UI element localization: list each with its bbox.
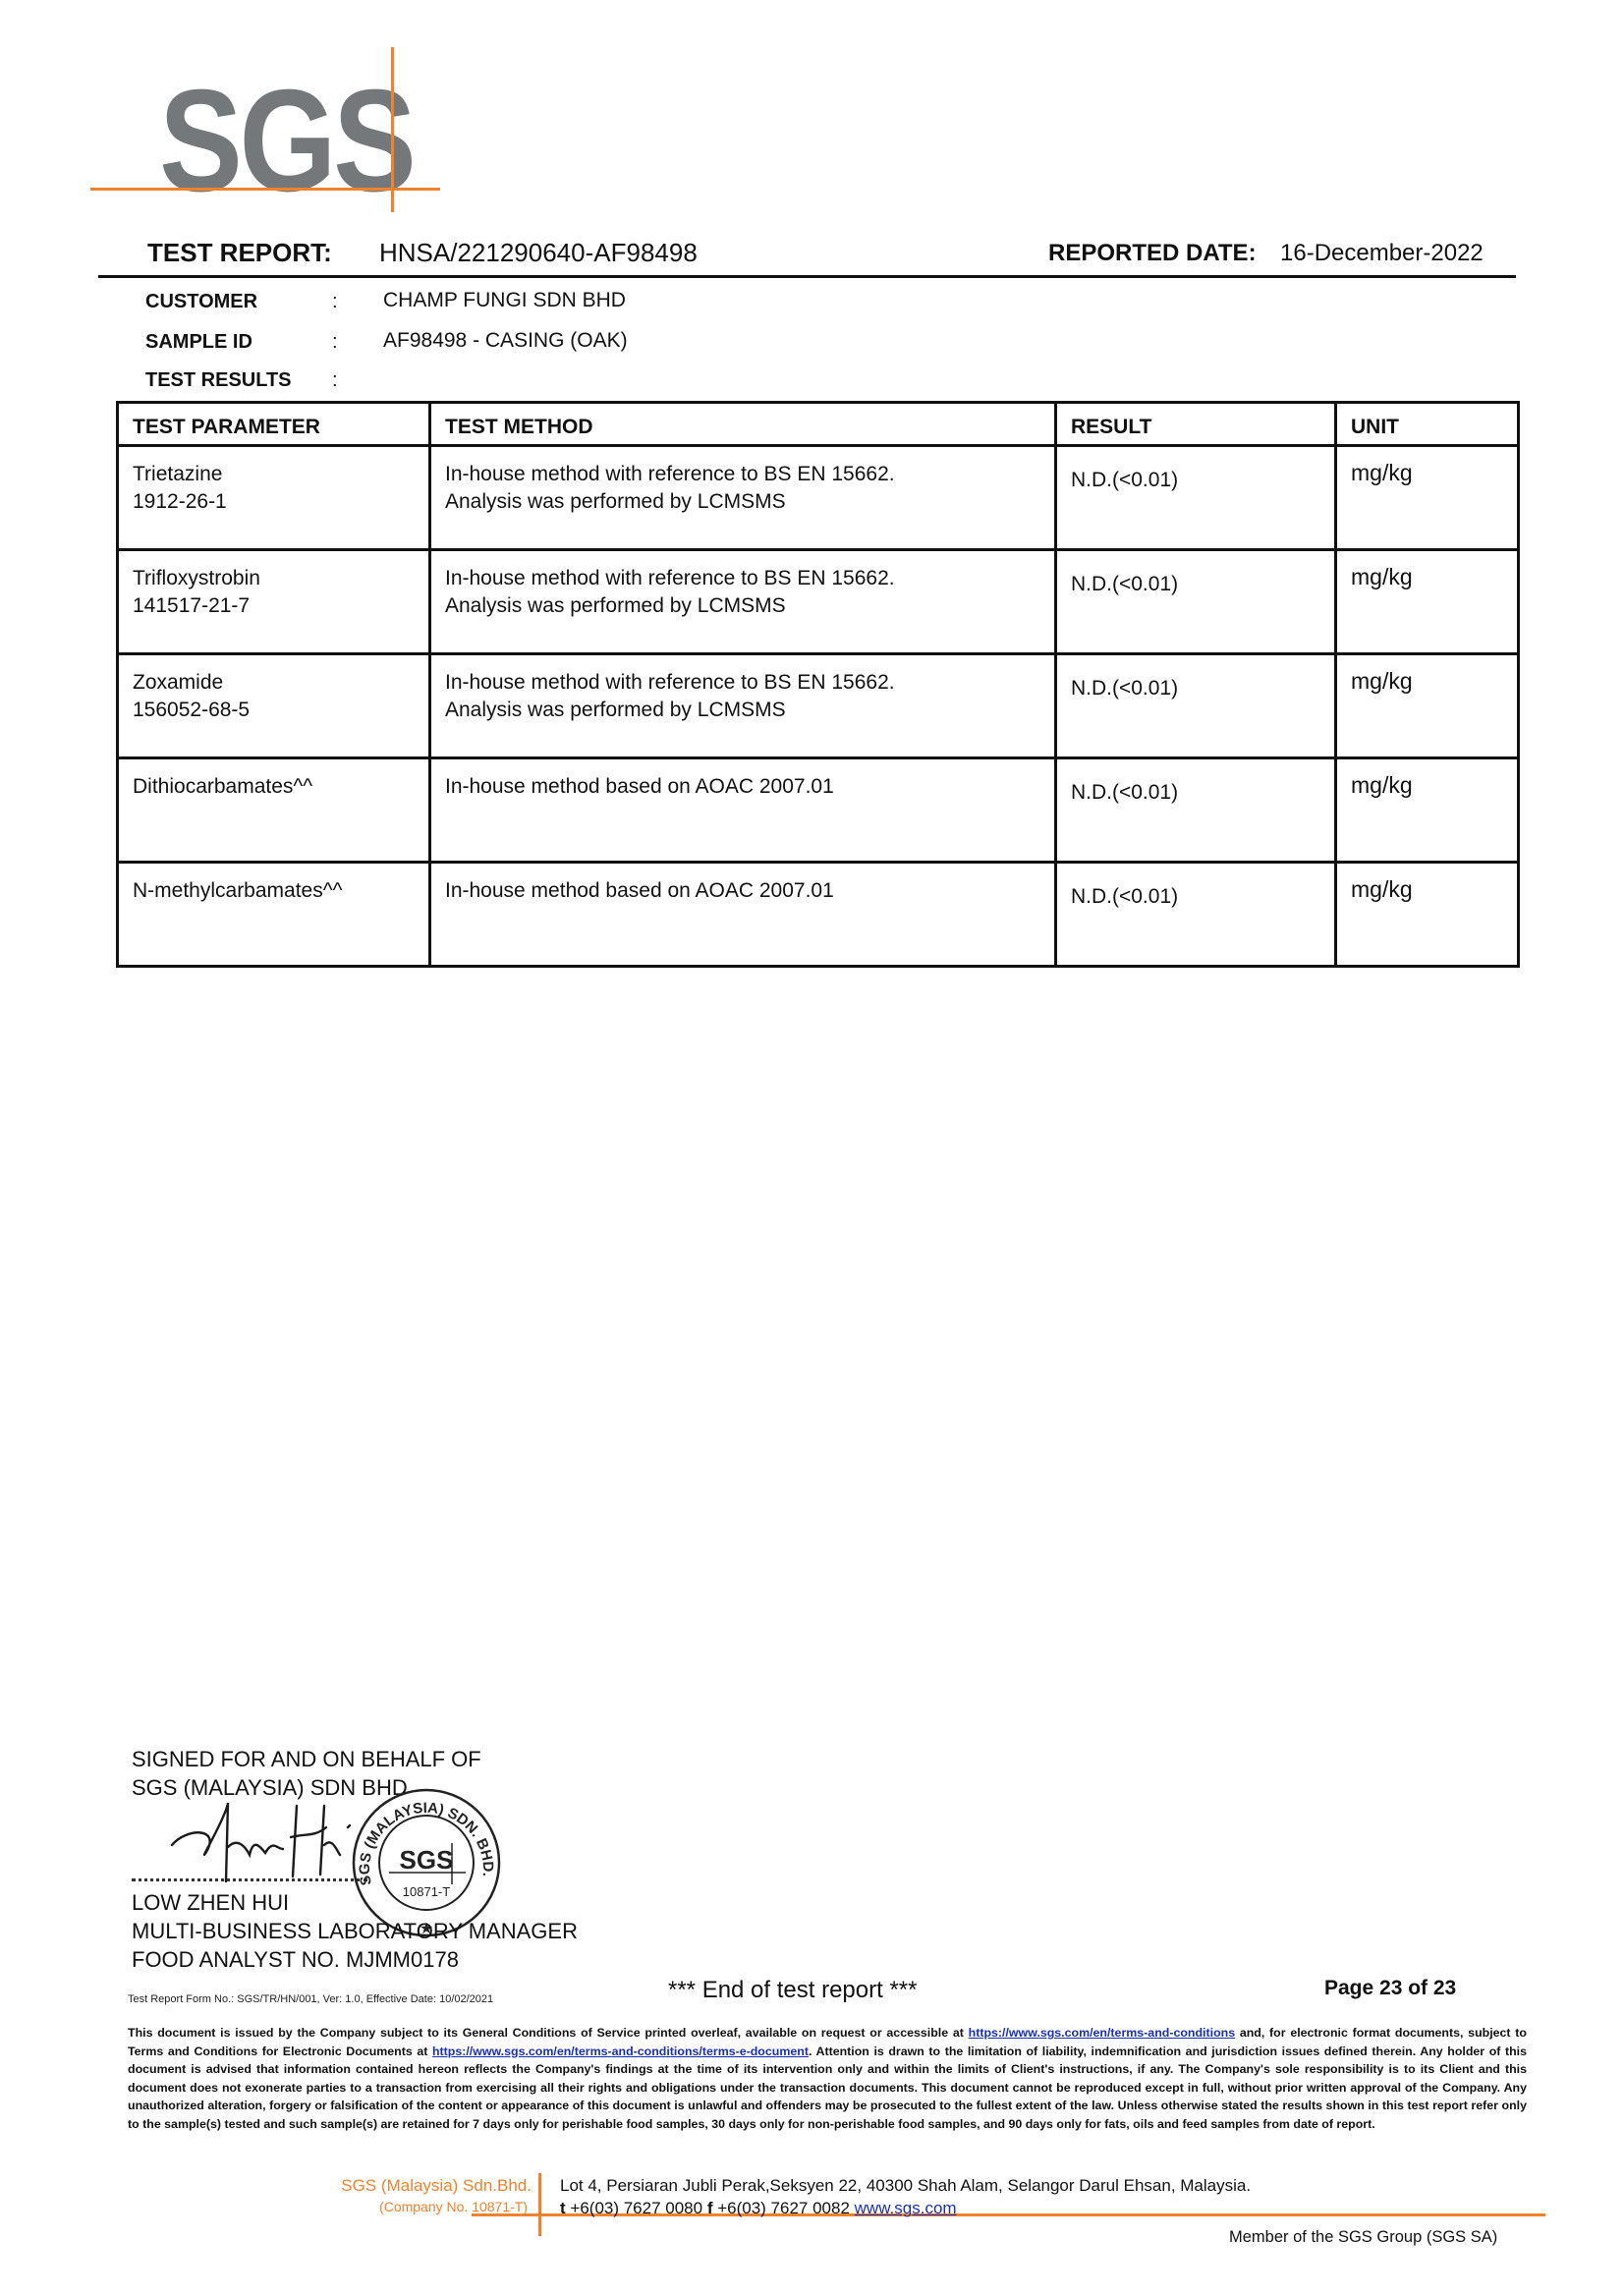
parameter-cell: Zoxamide156052-68-5 <box>118 654 430 758</box>
parameter-name: Trifloxystrobin <box>133 565 415 592</box>
unit-cell: mg/kg <box>1336 446 1519 550</box>
table-row: Zoxamide156052-68-5 In-house method with… <box>118 654 1519 758</box>
stamp-number: 10871-T <box>403 1884 450 1899</box>
disclaimer-text-a: This document is issued by the Company s… <box>128 2026 969 2040</box>
table-header-row: TEST PARAMETER TEST METHOD RESULT UNIT <box>118 403 1519 446</box>
parameter-name: N-methylcarbamates^^ <box>133 877 415 905</box>
customer-value: CHAMP FUNGI SDN BHD <box>383 289 626 312</box>
logo-text: SGS <box>159 69 413 214</box>
signatory-name: LOW ZHEN HUI <box>132 1888 289 1917</box>
method-line-2: Analysis was performed by LCMSMS <box>445 592 1040 620</box>
method-line-1: In-house method based on AOAC 2007.01 <box>445 877 1040 905</box>
unit-cell: mg/kg <box>1336 550 1519 654</box>
header-test-method: TEST METHOD <box>430 403 1056 446</box>
cas-number: 1912-26-1 <box>133 488 415 516</box>
page-number: Page 23 of 23 <box>1324 1977 1456 2000</box>
test-results-label: TEST RESULTS <box>145 369 292 392</box>
report-number: HNSA/221290640-AF98498 <box>379 238 698 268</box>
parameter-name: Dithiocarbamates^^ <box>133 773 415 801</box>
method-line-1: In-house method with reference to BS EN … <box>445 565 1040 592</box>
parameter-cell: Trietazine1912-26-1 <box>118 446 430 550</box>
unit-cell: mg/kg <box>1336 654 1519 758</box>
parameter-name: Trietazine <box>133 461 415 488</box>
method-line-1: In-house method with reference to BS EN … <box>445 461 1040 488</box>
tel-number: +6(03) 7627 0080 <box>566 2199 707 2217</box>
result-cell: N.D.(<0.01) <box>1056 863 1336 967</box>
parameter-name: Zoxamide <box>133 669 415 697</box>
method-line-2: Analysis was performed by LCMSMS <box>445 488 1040 516</box>
form-number: Test Report Form No.: SGS/TR/HN/001, Ver… <box>128 1993 493 2005</box>
customer-colon: : <box>332 291 338 313</box>
method-line-2: Analysis was performed by LCMSMS <box>445 697 1040 724</box>
terms-link[interactable]: https://www.sgs.com/en/terms-and-conditi… <box>969 2026 1235 2040</box>
result-cell: N.D.(<0.01) <box>1056 550 1336 654</box>
customer-label: CUSTOMER <box>145 291 257 313</box>
member-group: Member of the SGS Group (SGS SA) <box>1229 2228 1497 2247</box>
method-cell: In-house method based on AOAC 2007.01 <box>430 758 1056 863</box>
website-link[interactable]: www.sgs.com <box>855 2199 957 2217</box>
company-address: Lot 4, Persiaran Jubli Perak,Seksyen 22,… <box>560 2176 1251 2196</box>
header-result: RESULT <box>1056 403 1336 446</box>
fax-number: +6(03) 7627 0082 <box>713 2199 855 2217</box>
end-of-report: *** End of test report *** <box>668 1977 917 2004</box>
method-line-1: In-house method based on AOAC 2007.01 <box>445 773 1040 801</box>
sample-id-label: SAMPLE ID <box>145 331 252 354</box>
header-test-parameter: TEST PARAMETER <box>118 403 430 446</box>
stamp-center-text: SGS <box>400 1845 454 1875</box>
cas-number: 156052-68-5 <box>133 697 415 724</box>
disclaimer: This document is issued by the Company s… <box>128 2024 1527 2134</box>
header-divider <box>98 275 1516 278</box>
company-contact: t +6(03) 7627 0080 f +6(03) 7627 0082 ww… <box>560 2199 957 2218</box>
cas-number: 141517-21-7 <box>133 592 415 620</box>
terms-e-document-link[interactable]: https://www.sgs.com/en/terms-and-conditi… <box>432 2044 809 2058</box>
company-name: SGS (Malaysia) Sdn.Bhd. <box>341 2176 532 2196</box>
method-cell: In-house method based on AOAC 2007.01 <box>430 863 1056 967</box>
footer-vertical-line <box>538 2173 541 2236</box>
result-cell: N.D.(<0.01) <box>1056 654 1336 758</box>
signature-icon <box>167 1798 364 1886</box>
signed-for-line: SIGNED FOR AND ON BEHALF OF <box>132 1745 481 1773</box>
results-table: TEST PARAMETER TEST METHOD RESULT UNIT T… <box>116 401 1520 968</box>
method-cell: In-house method with reference to BS EN … <box>430 550 1056 654</box>
table-row: N-methylcarbamates^^ In-house method bas… <box>118 863 1519 967</box>
parameter-cell: N-methylcarbamates^^ <box>118 863 430 967</box>
method-cell: In-house method with reference to BS EN … <box>430 446 1056 550</box>
test-results-colon: : <box>332 369 338 392</box>
company-number: (Company No. 10871-T) <box>379 2199 528 2214</box>
sgs-logo: SGS <box>90 47 444 214</box>
result-cell: N.D.(<0.01) <box>1056 446 1336 550</box>
table-row: Trifloxystrobin141517-21-7 In-house meth… <box>118 550 1519 654</box>
method-cell: In-house method with reference to BS EN … <box>430 654 1056 758</box>
signature-dotted-line <box>132 1878 367 1881</box>
method-line-1: In-house method with reference to BS EN … <box>445 669 1040 697</box>
result-cell: N.D.(<0.01) <box>1056 758 1336 863</box>
logo-vertical-line <box>391 47 394 212</box>
header-unit: UNIT <box>1336 403 1519 446</box>
sample-id-colon: : <box>332 331 338 354</box>
report-label: TEST REPORT: <box>147 238 332 268</box>
table-row: Dithiocarbamates^^ In-house method based… <box>118 758 1519 863</box>
unit-cell: mg/kg <box>1336 758 1519 863</box>
signatory-title: MULTI-BUSINESS LABORATORY MANAGER <box>132 1917 578 1945</box>
reported-date: 16-December-2022 <box>1280 240 1484 267</box>
parameter-cell: Trifloxystrobin141517-21-7 <box>118 550 430 654</box>
analyst-number: FOOD ANALYST NO. MJMM0178 <box>132 1945 459 1974</box>
reported-date-label: REPORTED DATE: <box>1048 240 1257 267</box>
sample-id-value: AF98498 - CASING (OAK) <box>383 329 628 353</box>
table-row: Trietazine1912-26-1 In-house method with… <box>118 446 1519 550</box>
unit-cell: mg/kg <box>1336 863 1519 967</box>
parameter-cell: Dithiocarbamates^^ <box>118 758 430 863</box>
logo-horizontal-line <box>90 188 440 191</box>
